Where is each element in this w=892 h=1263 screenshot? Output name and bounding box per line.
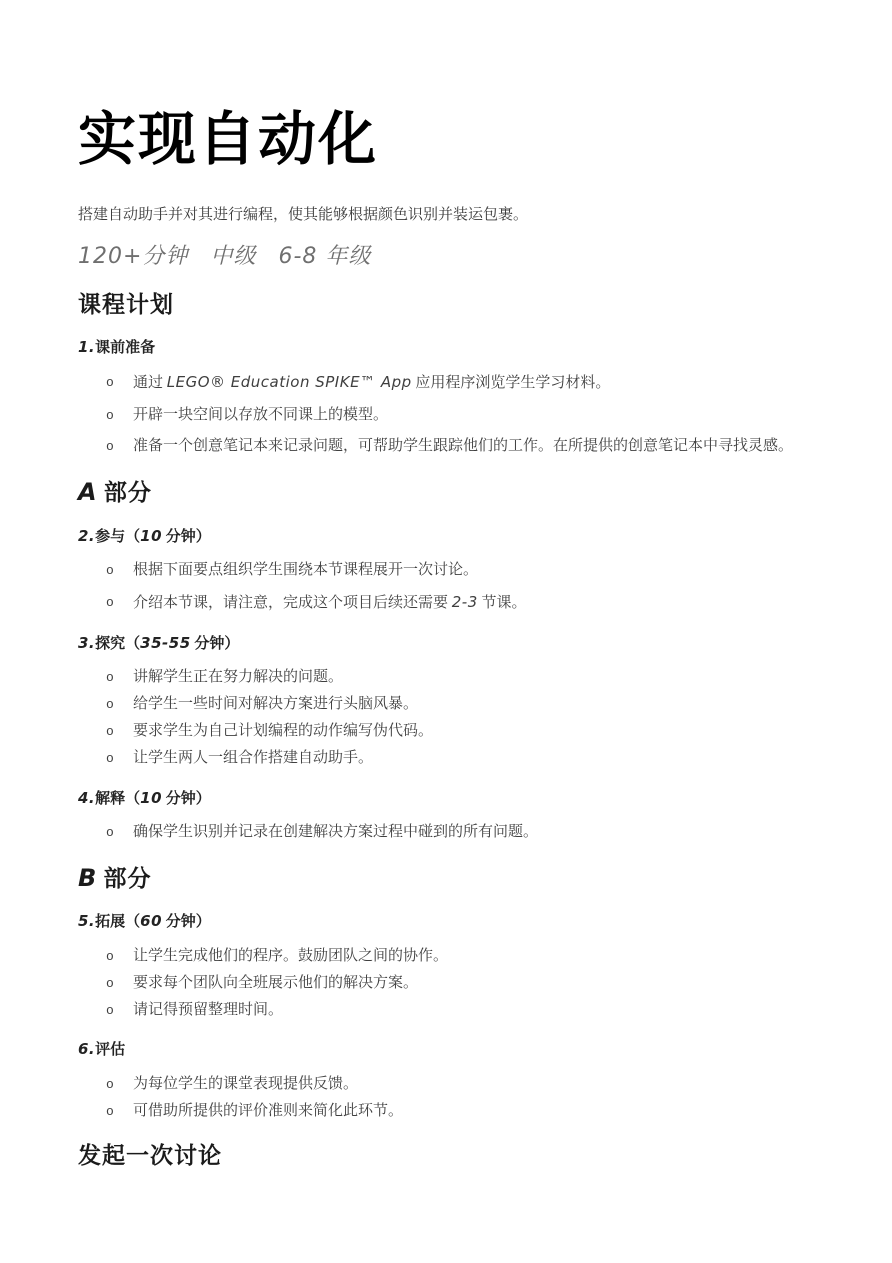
step-number: 1. xyxy=(78,338,95,356)
text-run: 准备一个创意笔记本来记录问题，可帮助学生跟踪他们的工作。在所提供的创意笔记本中寻… xyxy=(133,438,793,454)
step-name-close: 分钟） xyxy=(162,529,211,545)
list-item: o 要求每个团队向全班展示他们的解决方案。 xyxy=(78,974,826,994)
text-run: 开辟一块空间以存放不同课上的模型。 xyxy=(133,407,388,423)
list-item: o 可借助所提供的评价准则来简化此环节。 xyxy=(78,1102,826,1122)
list-item: o 讲解学生正在努力解决的问题。 xyxy=(78,668,826,688)
step-2-bullets: o 根据下面要点组织学生围绕本节课程展开一次讨论。 o 介绍本节课，请注意，完成… xyxy=(78,561,826,614)
step-4-bullets: o 确保学生识别并记录在创建解决方案过程中碰到的所有问题。 xyxy=(78,823,826,843)
list-item: o 让学生两人一组合作搭建自动助手。 xyxy=(78,749,826,769)
meta-grades: 6-8 年级 xyxy=(278,244,371,269)
bullet-marker: o xyxy=(106,947,133,967)
step-label-3: 3.探究（35-55 分钟） xyxy=(78,634,826,655)
list-item: o 通过 LEGO® Education SPIKE™ App 应用程序浏览学生… xyxy=(78,373,826,394)
bullet-marker: o xyxy=(106,1001,133,1021)
list-item-text: 让学生完成他们的程序。鼓励团队之间的协作。 xyxy=(133,947,826,967)
step-name: 课前准备 xyxy=(95,340,155,356)
step-number: 6. xyxy=(78,1040,95,1058)
lesson-description: 搭建自动助手并对其进行编程，使其能够根据颜色识别并装运包裹。 xyxy=(78,205,826,226)
part-label: 部分 xyxy=(97,866,152,891)
list-item-text: 要求学生为自己计划编程的动作编写伪代码。 xyxy=(133,722,826,742)
step-name-close: 分钟） xyxy=(162,914,211,930)
text-run: 确保学生识别并记录在创建解决方案过程中碰到的所有问题。 xyxy=(133,824,538,840)
part-label: 部分 xyxy=(97,480,152,505)
step-label-1: 1.课前准备 xyxy=(78,338,826,359)
step-name: 探究（ xyxy=(95,636,140,652)
bullet-marker: o xyxy=(106,593,133,613)
step-number: 5. xyxy=(78,912,95,930)
text-run: 让学生完成他们的程序。鼓励团队之间的协作。 xyxy=(133,948,448,964)
bullet-marker: o xyxy=(106,406,133,426)
list-item: o 介绍本节课，请注意，完成这个项目后续还需要 2-3 节课。 xyxy=(78,593,826,614)
document-page: 实现自动化 搭建自动助手并对其进行编程，使其能够根据颜色识别并装运包裹。 120… xyxy=(0,0,892,1263)
text-run: 请记得预留整理时间。 xyxy=(133,1002,283,1018)
list-item-text: 可借助所提供的评价准则来简化此环节。 xyxy=(133,1102,826,1122)
list-item: o 要求学生为自己计划编程的动作编写伪代码。 xyxy=(78,722,826,742)
section-heading-part-a: A 部分 xyxy=(78,479,826,507)
step-label-5: 5.拓展（60 分钟） xyxy=(78,912,826,933)
list-item-text: 要求每个团队向全班展示他们的解决方案。 xyxy=(133,974,826,994)
step-3-bullets: o 讲解学生正在努力解决的问题。 o 给学生一些时间对解决方案进行头脑风暴。 o… xyxy=(78,668,826,768)
list-item: o 让学生完成他们的程序。鼓励团队之间的协作。 xyxy=(78,947,826,967)
bullet-marker: o xyxy=(106,749,133,769)
part-letter: A xyxy=(78,478,97,506)
list-item: o 为每位学生的课堂表现提供反馈。 xyxy=(78,1075,826,1095)
text-run: 要求每个团队向全班展示他们的解决方案。 xyxy=(133,975,418,991)
step-1-bullets: o 通过 LEGO® Education SPIKE™ App 应用程序浏览学生… xyxy=(78,373,826,457)
list-item-text: 准备一个创意笔记本来记录问题，可帮助学生跟踪他们的工作。在所提供的创意笔记本中寻… xyxy=(133,437,826,457)
text-run: 节课。 xyxy=(478,595,527,611)
section-heading-lesson-plan: 课程计划 xyxy=(78,292,826,318)
list-item-text: 讲解学生正在努力解决的问题。 xyxy=(133,668,826,688)
text-run: 让学生两人一组合作搭建自动助手。 xyxy=(133,750,373,766)
list-item-text: 根据下面要点组织学生围绕本节课程展开一次讨论。 xyxy=(133,561,826,581)
list-item: o 确保学生识别并记录在创建解决方案过程中碰到的所有问题。 xyxy=(78,823,826,843)
list-item-text: 通过 LEGO® Education SPIKE™ App 应用程序浏览学生学习… xyxy=(133,373,826,394)
page-title: 实现自动化 xyxy=(78,110,826,171)
bullet-marker: o xyxy=(106,695,133,715)
text-run: 为每位学生的课堂表现提供反馈。 xyxy=(133,1076,358,1092)
list-item-text: 为每位学生的课堂表现提供反馈。 xyxy=(133,1075,826,1095)
step-time: 35-55 xyxy=(140,634,190,652)
bullet-marker: o xyxy=(106,668,133,688)
bullet-marker: o xyxy=(106,1102,133,1122)
text-run: 介绍本节课，请注意，完成这个项目后续还需要 xyxy=(133,595,452,611)
step-6-bullets: o 为每位学生的课堂表现提供反馈。 o 可借助所提供的评价准则来简化此环节。 xyxy=(78,1075,826,1122)
list-item-text: 请记得预留整理时间。 xyxy=(133,1001,826,1021)
section-heading-discussion: 发起一次讨论 xyxy=(78,1143,826,1169)
bullet-marker: o xyxy=(106,561,133,581)
bullet-marker: o xyxy=(106,373,133,393)
list-item: o 根据下面要点组织学生围绕本节课程展开一次讨论。 xyxy=(78,561,826,581)
step-label-2: 2.参与（10 分钟） xyxy=(78,527,826,548)
list-item-text: 开辟一块空间以存放不同课上的模型。 xyxy=(133,406,826,426)
text-run: 要求学生为自己计划编程的动作编写伪代码。 xyxy=(133,723,433,739)
step-name-close: 分钟） xyxy=(191,636,240,652)
section-heading-part-b: B 部分 xyxy=(78,865,826,893)
part-letter: B xyxy=(78,864,97,892)
step-number: 3. xyxy=(78,634,95,652)
list-item-text: 给学生一些时间对解决方案进行头脑风暴。 xyxy=(133,695,826,715)
step-time: 10 xyxy=(140,527,162,545)
step-label-4: 4.解释（10 分钟） xyxy=(78,789,826,810)
bullet-marker: o xyxy=(106,437,133,457)
text-run: 给学生一些时间对解决方案进行头脑风暴。 xyxy=(133,696,418,712)
lesson-meta: 120+分钟中级6-8 年级 xyxy=(78,239,826,270)
step-name-close: 分钟） xyxy=(162,791,211,807)
list-item-text: 介绍本节课，请注意，完成这个项目后续还需要 2-3 节课。 xyxy=(133,593,826,614)
bullet-marker: o xyxy=(106,823,133,843)
step-time: 60 xyxy=(140,912,162,930)
meta-duration: 120+分钟 xyxy=(78,244,188,269)
text-run: 根据下面要点组织学生围绕本节课程展开一次讨论。 xyxy=(133,562,478,578)
list-item: o 准备一个创意笔记本来记录问题，可帮助学生跟踪他们的工作。在所提供的创意笔记本… xyxy=(78,437,826,457)
meta-level: 中级 xyxy=(210,244,256,269)
text-run: 讲解学生正在努力解决的问题。 xyxy=(133,669,343,685)
step-label-6: 6.评估 xyxy=(78,1040,826,1061)
list-item: o 请记得预留整理时间。 xyxy=(78,1001,826,1021)
bullet-marker: o xyxy=(106,1075,133,1095)
list-item-text: 让学生两人一组合作搭建自动助手。 xyxy=(133,749,826,769)
step-name: 参与（ xyxy=(95,529,140,545)
bullet-marker: o xyxy=(106,722,133,742)
list-item-text: 确保学生识别并记录在创建解决方案过程中碰到的所有问题。 xyxy=(133,823,826,843)
text-run: 可借助所提供的评价准则来简化此环节。 xyxy=(133,1103,403,1119)
text-run-latin: 2-3 xyxy=(452,593,478,611)
step-name: 评估 xyxy=(95,1042,125,1058)
step-name: 解释（ xyxy=(95,791,140,807)
step-5-bullets: o 让学生完成他们的程序。鼓励团队之间的协作。 o 要求每个团队向全班展示他们的… xyxy=(78,947,826,1020)
bullet-marker: o xyxy=(106,974,133,994)
text-run: 通过 xyxy=(133,375,167,391)
list-item: o 开辟一块空间以存放不同课上的模型。 xyxy=(78,406,826,426)
step-number: 2. xyxy=(78,527,95,545)
text-run-latin: LEGO® Education SPIKE™ App xyxy=(167,373,412,391)
step-number: 4. xyxy=(78,789,95,807)
step-name: 拓展（ xyxy=(95,914,140,930)
step-time: 10 xyxy=(140,789,162,807)
text-run: 应用程序浏览学生学习材料。 xyxy=(412,375,611,391)
list-item: o 给学生一些时间对解决方案进行头脑风暴。 xyxy=(78,695,826,715)
